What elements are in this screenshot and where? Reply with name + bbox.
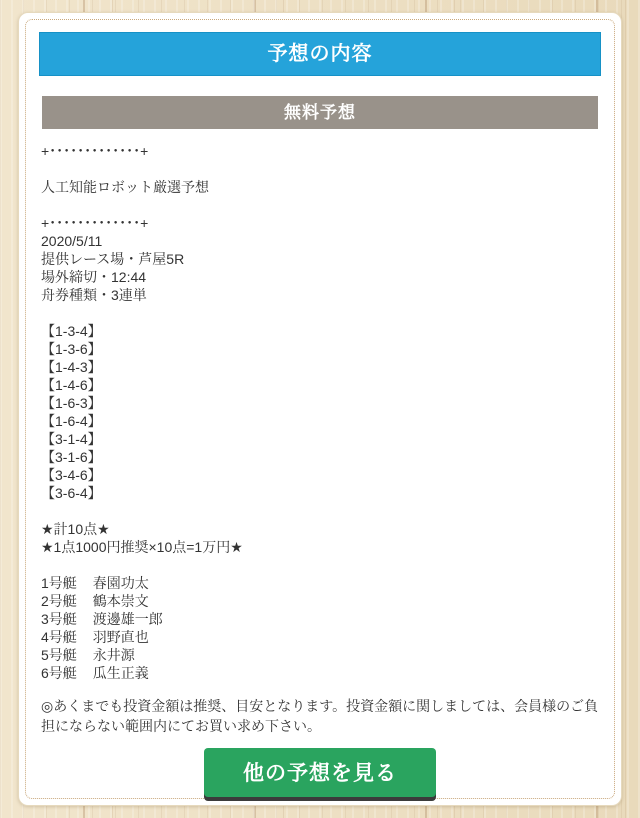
boat-number: 2号艇 — [41, 592, 77, 610]
other-predictions-button[interactable]: 他の予想を見る — [204, 748, 436, 797]
button-area: 他の予想を見る — [41, 748, 599, 797]
page-title: 予想の内容 — [39, 32, 601, 76]
points-detail: ★1点1000円推奨×10点=1万円★ — [41, 538, 599, 556]
investment-note: ◎あくまでも投資金額は推奨、目安となります。投資金額に関しましては、会員様のご負… — [41, 696, 599, 736]
prediction-card-inner: 予想の内容 無料予想 +･････････････+ 人工知能ロボット厳選予想 … — [25, 19, 615, 799]
bet-type: 舟券種類・3連単 — [41, 286, 599, 304]
race-venue: 提供レース場・芦屋5R — [41, 250, 599, 268]
boat-racer-name: 永井源 — [93, 647, 135, 663]
combo-item: 【1-3-6】 — [41, 340, 599, 358]
boat-number: 1号艇 — [41, 574, 77, 592]
combo-item: 【3-1-4】 — [41, 430, 599, 448]
boat-racer-name: 鶴本崇文 — [93, 593, 149, 609]
combo-item: 【1-4-6】 — [41, 376, 599, 394]
combo-item: 【1-4-3】 — [41, 358, 599, 376]
combo-item: 【3-6-4】 — [41, 484, 599, 502]
prediction-title: 人工知能ロボット厳選予想 — [41, 178, 599, 196]
boat-number: 5号艇 — [41, 646, 77, 664]
boat-racer-name: 春園功太 — [93, 575, 149, 591]
boat-row: 5号艇永井源 — [41, 646, 599, 664]
combo-item: 【1-6-3】 — [41, 394, 599, 412]
divider-line: +･････････････+ — [41, 142, 599, 160]
boat-number: 4号艇 — [41, 628, 77, 646]
race-deadline: 場外締切・12:44 — [41, 268, 599, 286]
prediction-body: +･････････････+ 人工知能ロボット厳選予想 +･･････････… — [39, 142, 601, 797]
divider-line: +･････････････+ — [41, 214, 599, 232]
boat-number: 3号艇 — [41, 610, 77, 628]
boat-racer-name: 渡邊雄一郎 — [93, 611, 163, 627]
points-total: ★計10点★ — [41, 520, 599, 538]
free-prediction-heading: 無料予想 — [42, 96, 598, 129]
boat-row: 3号艇渡邊雄一郎 — [41, 610, 599, 628]
combo-item: 【1-3-4】 — [41, 322, 599, 340]
boat-row: 6号艇瓜生正義 — [41, 664, 599, 682]
boat-row: 2号艇鶴本崇文 — [41, 592, 599, 610]
race-date: 2020/5/11 — [41, 232, 599, 250]
boat-number: 6号艇 — [41, 664, 77, 682]
combo-item: 【1-6-4】 — [41, 412, 599, 430]
boat-racer-name: 羽野直也 — [93, 629, 149, 645]
prediction-card: 予想の内容 無料予想 +･････････････+ 人工知能ロボット厳選予想 … — [18, 12, 622, 806]
combo-item: 【3-1-6】 — [41, 448, 599, 466]
boat-racer-name: 瓜生正義 — [93, 665, 149, 681]
boat-row: 4号艇羽野直也 — [41, 628, 599, 646]
boat-row: 1号艇春園功太 — [41, 574, 599, 592]
combo-item: 【3-4-6】 — [41, 466, 599, 484]
